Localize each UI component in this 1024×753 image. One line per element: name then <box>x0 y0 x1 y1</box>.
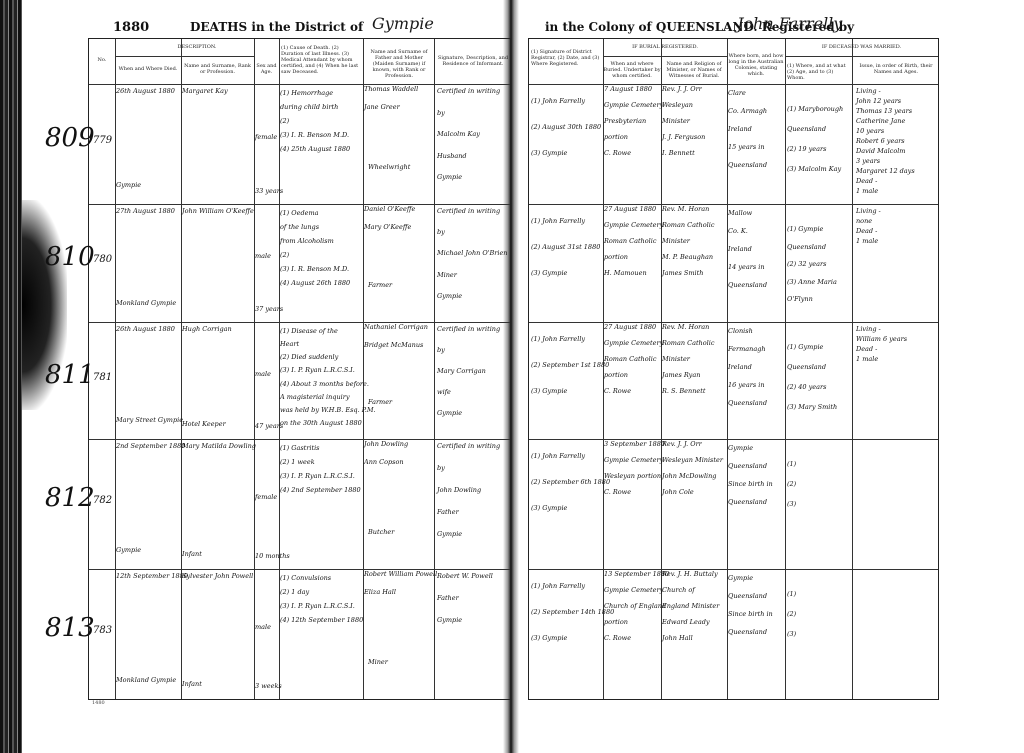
burial-minister: James Ryan <box>662 371 700 380</box>
marriage-details: (2) <box>787 610 796 619</box>
burial-details: portion <box>604 371 628 380</box>
registrar-signature: (3) Gympie <box>531 504 567 513</box>
marriage-details: Queensland <box>787 243 826 252</box>
burial-minister: Rev. M. Horan <box>662 205 709 214</box>
birthplace: Since birth in <box>728 480 773 489</box>
burial-details: H. Mamouen <box>604 269 647 278</box>
burial-minister: Wesleyan <box>662 101 693 110</box>
burial-minister: R. S. Bennett <box>662 387 705 396</box>
col-married-where: (1) Where, and at what (2) Age, and to (… <box>787 63 851 81</box>
entry-number: 782 <box>93 495 112 506</box>
col-registrar: (1) Signature of District Registrar, (2)… <box>531 49 601 67</box>
birthplace: Ireland <box>728 125 752 134</box>
informant: John Dowling <box>437 486 481 495</box>
marriage-details: (1) Maryborough <box>787 105 843 114</box>
marriage-details: (2) 32 years <box>787 260 826 269</box>
date-died: 12th September 1880 <box>116 572 188 581</box>
marriage-details: (1) Gympie <box>787 343 823 352</box>
registrar-name: John Farrelly <box>737 14 842 33</box>
date-died: 26th August 1880 <box>116 87 175 96</box>
registrar-signature: (3) Gympie <box>531 149 567 158</box>
informant: Gympie <box>437 292 462 301</box>
father-name: Thomas Waddell <box>364 85 418 94</box>
burial-minister: Minister <box>662 117 690 126</box>
col-burial-when: When and where Buried. Undertaker by who… <box>603 61 661 79</box>
marriage-details: (3) Mary Smith <box>787 403 837 412</box>
burial-minister: Rev. J. J. Orr <box>662 440 702 449</box>
issue: 3 years <box>856 157 880 166</box>
marriage-details: (1) <box>787 460 796 469</box>
issue: none <box>856 217 872 226</box>
entry-number: 780 <box>93 254 112 265</box>
cause-of-death: Heart <box>280 340 299 349</box>
marriage-details: (3) Anne Maria <box>787 278 837 287</box>
birthplace: Ireland <box>728 245 752 254</box>
marriage-details: (2) 19 years <box>787 145 826 154</box>
registrar-signature: (2) September 6th 1880 <box>531 478 610 487</box>
mother-name: Jane Greer <box>364 103 400 112</box>
issue: William 6 years <box>856 335 907 344</box>
col-born: Where born, and how long in the Australi… <box>727 53 785 77</box>
registrar-signature: (1) John Farrelly <box>531 97 585 106</box>
informant: Certified in writing <box>437 207 500 216</box>
parent-profession: Wheelwright <box>368 163 410 172</box>
book-spine-left <box>0 0 22 753</box>
marriage-details: (3) Malcolm Kay <box>787 165 841 174</box>
issue: Dead - <box>856 177 877 186</box>
informant: Certified in writing <box>437 325 500 334</box>
place-died: Monkland Gympie <box>116 299 176 308</box>
birthplace: Fermanagh <box>728 345 766 354</box>
burial-details: C. Rowe <box>604 149 631 158</box>
informant: by <box>437 464 445 473</box>
informant: Mary Corrigan <box>437 367 486 376</box>
marriage-details: (3) <box>787 500 796 509</box>
birthplace: Queensland <box>728 628 767 637</box>
birthplace: Since birth in <box>728 610 773 619</box>
date-died: 2nd September 1880 <box>116 442 185 451</box>
issue: Dead - <box>856 345 877 354</box>
issue: Living - <box>856 207 881 216</box>
sex: male <box>255 252 271 261</box>
marriage-details: Queensland <box>787 363 826 372</box>
birthplace: Gympie <box>728 574 753 583</box>
birthplace: Queensland <box>728 592 767 601</box>
father-name: Nathaniel Corrigan <box>364 323 428 332</box>
burial-minister: Minister <box>662 237 690 246</box>
burial-minister: John McDowling <box>662 472 716 481</box>
father-name: Robert William Powell <box>364 570 437 579</box>
birthplace: 15 years in <box>728 143 765 152</box>
col-name: Name and Surname, Rank or Profession. <box>181 63 254 75</box>
sex: female <box>255 493 277 502</box>
informant: Certified in writing <box>437 442 500 451</box>
sex: female <box>255 133 277 142</box>
col-description: DESCRIPTION. <box>115 44 279 50</box>
burial-details: Gympie Cemetery <box>604 221 663 230</box>
issue: 10 years <box>856 127 884 136</box>
burial-minister: James Smith <box>662 269 703 278</box>
issue: 1 male <box>856 237 878 246</box>
mother-name: Ann Copson <box>364 458 404 467</box>
informant: by <box>437 228 445 237</box>
parent-profession: Butcher <box>368 528 394 537</box>
birthplace: 16 years in <box>728 381 765 390</box>
col-burial-minister: Name and Religion of Minister, or Names … <box>661 61 727 79</box>
col-sex-age: Sex and Age. <box>254 63 279 75</box>
form-code: 1480 <box>92 700 105 706</box>
burial-minister: J. J. Ferguson <box>662 133 705 142</box>
issue: Dead - <box>856 227 877 236</box>
issue: Margaret 12 days <box>856 167 915 176</box>
birthplace: Queensland <box>728 161 767 170</box>
burial-minister: Roman Catholic <box>662 221 714 230</box>
burial-details: 27 August 1880 <box>604 205 656 214</box>
issue: 1 male <box>856 355 878 364</box>
burial-details: C. Rowe <box>604 387 631 396</box>
district-name: Gympie <box>372 14 434 33</box>
cause-of-death: (2) <box>280 117 289 126</box>
cause-of-death: (2) 1 day <box>280 588 309 597</box>
deceased-name: Sylvester John Powell <box>182 572 253 581</box>
cause-of-death: (4) 12th September 1880 <box>280 616 363 625</box>
col-married-group: IF DECEASED WAS MARRIED. <box>785 44 938 50</box>
issue: David Malcolm <box>856 147 905 156</box>
birthplace: Ireland <box>728 363 752 372</box>
deceased-name: Margaret Kay <box>182 87 228 96</box>
age: 33 years <box>255 187 283 196</box>
deceased-name: John William O'Keeffe <box>182 207 254 216</box>
date-died: 27th August 1880 <box>116 207 175 216</box>
margin-entry-number: 810 <box>45 242 95 272</box>
burial-minister: John Hall <box>662 634 693 643</box>
cause-of-death: (3) I. P. Ryan L.R.C.S.I. <box>280 472 355 481</box>
cause-of-death: (4) 25th August 1880 <box>280 145 350 154</box>
margin-entry-number: 811 <box>45 360 95 390</box>
birthplace: Queensland <box>728 462 767 471</box>
place-died: Gympie <box>116 181 141 190</box>
burial-minister: Church of <box>662 586 695 595</box>
burial-details: portion <box>604 133 628 142</box>
col-cause: (1) Cause of Death. (2) Duration of last… <box>281 45 361 75</box>
burial-minister: Minister <box>662 355 690 364</box>
deceased-occupation: Hotel Keeper <box>182 420 226 429</box>
burial-details: portion <box>604 253 628 262</box>
birthplace: Queensland <box>728 399 767 408</box>
informant: Malcolm Kay <box>437 130 480 139</box>
marriage-details: O'Flynn <box>787 295 813 304</box>
registrar-signature: (2) September 1st 1880 <box>531 361 609 370</box>
burial-details: Church of England <box>604 602 666 611</box>
burial-details: Presbyterian <box>604 117 646 126</box>
cause-of-death: (3) I. P. Ryan L.R.C.S.I. <box>280 602 355 611</box>
issue: Thomas 13 years <box>856 107 912 116</box>
burial-minister: Roman Catholic <box>662 339 714 348</box>
informant: Miner <box>437 271 457 280</box>
birthplace: Mallow <box>728 209 752 218</box>
cause-of-death: (1) Hemorrhage <box>280 89 333 98</box>
col-parents: Name and Surname of Father and Mother (M… <box>365 49 433 79</box>
parent-profession: Farmer <box>368 281 392 290</box>
informant: by <box>437 346 445 355</box>
margin-entry-number: 812 <box>45 483 95 513</box>
burial-details: Wesleyan portion <box>604 472 661 481</box>
cause-of-death: (2) Died suddenly <box>280 353 338 362</box>
cause-of-death: (3) I. R. Benson M.D. <box>280 131 349 140</box>
marriage-details: (1) <box>787 590 796 599</box>
age: 47 years <box>255 422 283 431</box>
cause-of-death: A magisterial inquiry <box>280 393 350 402</box>
burial-minister: Rev. M. Horan <box>662 323 709 332</box>
burial-details: 27 August 1880 <box>604 323 656 332</box>
deceased-occupation: Infant <box>182 680 202 689</box>
entry-number: 779 <box>93 135 112 146</box>
birthplace: Co. Armagh <box>728 107 767 116</box>
burial-minister: John Cole <box>662 488 694 497</box>
informant: Gympie <box>437 173 462 182</box>
informant: Father <box>437 594 459 603</box>
col-burial-group: IF BURIAL REGISTERED. <box>603 44 727 50</box>
registrar-signature: (1) John Farrelly <box>531 335 585 344</box>
informant: Gympie <box>437 616 462 625</box>
burial-minister: Wesleyan Minister <box>662 456 723 465</box>
sex: male <box>255 370 271 379</box>
informant: Michael John O'Brien <box>437 249 508 258</box>
issue: 1 male <box>856 187 878 196</box>
cause-of-death: (2) <box>280 251 289 260</box>
birthplace: Clare <box>728 89 746 98</box>
burial-details: Gympie Cemetery <box>604 339 663 348</box>
burial-minister: Rev. J. H. Buttaly <box>662 570 718 579</box>
issue: Living - <box>856 325 881 334</box>
mother-name: Eliza Hall <box>364 588 396 597</box>
birthplace: Clonish <box>728 327 753 336</box>
parent-profession: Farmer <box>368 398 392 407</box>
informant: Father <box>437 508 459 517</box>
marriage-details: (1) Gympie <box>787 225 823 234</box>
informant: Robert W. Powell <box>437 572 493 581</box>
birthplace: 14 years in <box>728 263 765 272</box>
burial-details: 3 September 1880 <box>604 440 665 449</box>
cause-of-death: (1) Convulsions <box>280 574 331 583</box>
registrar-signature: (1) John Farrelly <box>531 452 585 461</box>
date-died: 26th August 1880 <box>116 325 175 334</box>
father-name: Daniel O'Keeffe <box>364 205 415 214</box>
cause-of-death: (1) Disease of the <box>280 327 338 336</box>
registrar-signature: (3) Gympie <box>531 387 567 396</box>
marriage-details: (2) <box>787 480 796 489</box>
col-when-where: When and Where Died. <box>115 66 181 72</box>
birthplace: Queensland <box>728 498 767 507</box>
burial-details: Roman Catholic <box>604 355 656 364</box>
registrar-signature: (3) Gympie <box>531 634 567 643</box>
cause-of-death: (3) I. R. Benson M.D. <box>280 265 349 274</box>
cause-of-death: (3) I. P. Ryan L.R.C.S.I. <box>280 366 355 375</box>
informant: Gympie <box>437 530 462 539</box>
left-page-title: DEATHS in the District of <box>190 20 363 34</box>
issue: Robert 6 years <box>856 137 905 146</box>
cause-of-death: from Alcoholism <box>280 237 334 246</box>
burial-minister: Edward Leady <box>662 618 710 627</box>
burial-minister: I. Bennett <box>662 149 695 158</box>
burial-details: 13 September 1880 <box>604 570 669 579</box>
entry-number: 781 <box>93 372 112 383</box>
informant: Husband <box>437 152 467 161</box>
burial-minister: England Minister <box>662 602 719 611</box>
col-issue: Issue, in order of Birth, their Names an… <box>854 63 938 75</box>
deceased-name: Hugh Corrigan <box>182 325 232 334</box>
issue: Catherine Jane <box>856 117 905 126</box>
cause-of-death: (1) Oedema <box>280 209 319 218</box>
registrar-signature: (2) September 14th 1880 <box>531 608 614 617</box>
col-informant: Signature, Description, and Residence of… <box>436 55 510 67</box>
col-no: No. <box>89 57 115 63</box>
informant: Gympie <box>437 409 462 418</box>
entry-number: 783 <box>93 625 112 636</box>
deceased-occupation: Infant <box>182 550 202 559</box>
registrar-signature: (1) John Farrelly <box>531 217 585 226</box>
marriage-details: (2) 40 years <box>787 383 826 392</box>
margin-entry-number: 813 <box>45 613 95 643</box>
place-died: Gympie <box>116 546 141 555</box>
place-died: Monkland Gympie <box>116 676 176 685</box>
sex: male <box>255 623 271 632</box>
cause-of-death: (4) August 26th 1880 <box>280 279 350 288</box>
burial-details: Gympie Cemetery <box>604 101 663 110</box>
birthplace: Co. K. <box>728 227 748 236</box>
birthplace: Queensland <box>728 281 767 290</box>
registrar-signature: (1) John Farrelly <box>531 582 585 591</box>
informant: wife <box>437 388 451 397</box>
cause-of-death: during child birth <box>280 103 338 112</box>
birthplace: Gympie <box>728 444 753 453</box>
parent-profession: Miner <box>368 658 388 667</box>
burial-details: Gympie Cemetery <box>604 456 663 465</box>
informant: by <box>437 109 445 118</box>
registrar-signature: (2) August 30th 1880 <box>531 123 601 132</box>
cause-of-death: (4) 2nd September 1880 <box>280 486 361 495</box>
mother-name: Bridget McManus <box>364 341 423 350</box>
cause-of-death: (4) About 3 months before. <box>280 380 369 389</box>
father-name: John Dowling <box>364 440 408 449</box>
place-died: Mary Street Gympie <box>116 416 183 425</box>
registrar-signature: (2) August 31st 1880 <box>531 243 600 252</box>
marriage-details: Queensland <box>787 125 826 134</box>
burial-minister: M. P. Beaughan <box>662 253 713 262</box>
margin-entry-number: 809 <box>45 123 95 153</box>
deceased-name: Mary Matilda Dowling <box>182 442 256 451</box>
burial-details: C. Rowe <box>604 634 631 643</box>
mother-name: Mary O'Keeffe <box>364 223 411 232</box>
burial-details: 7 August 1880 <box>604 85 652 94</box>
informant: Certified in writing <box>437 87 500 96</box>
cause-of-death: on the 30th August 1880 <box>280 419 362 428</box>
age: 3 weeks <box>255 682 282 691</box>
burial-details: C. Rowe <box>604 488 631 497</box>
issue: John 12 years <box>856 97 901 106</box>
age: 37 years <box>255 305 283 314</box>
cause-of-death: (2) 1 week <box>280 458 315 467</box>
cause-of-death: of the lungs <box>280 223 319 232</box>
burial-details: portion <box>604 618 628 627</box>
age: 10 months <box>255 552 290 561</box>
issue: Living - <box>856 87 881 96</box>
burial-details: Gympie Cemetery <box>604 586 663 595</box>
cause-of-death: (1) Gastritis <box>280 444 320 453</box>
marriage-details: (3) <box>787 630 796 639</box>
burial-details: Roman Catholic <box>604 237 656 246</box>
cause-of-death: was held by W.H.B. Esq. P.M. <box>280 406 376 415</box>
registrar-signature: (3) Gympie <box>531 269 567 278</box>
register-year: 1880 <box>113 20 149 35</box>
burial-minister: Rev. J. J. Orr <box>662 85 702 94</box>
